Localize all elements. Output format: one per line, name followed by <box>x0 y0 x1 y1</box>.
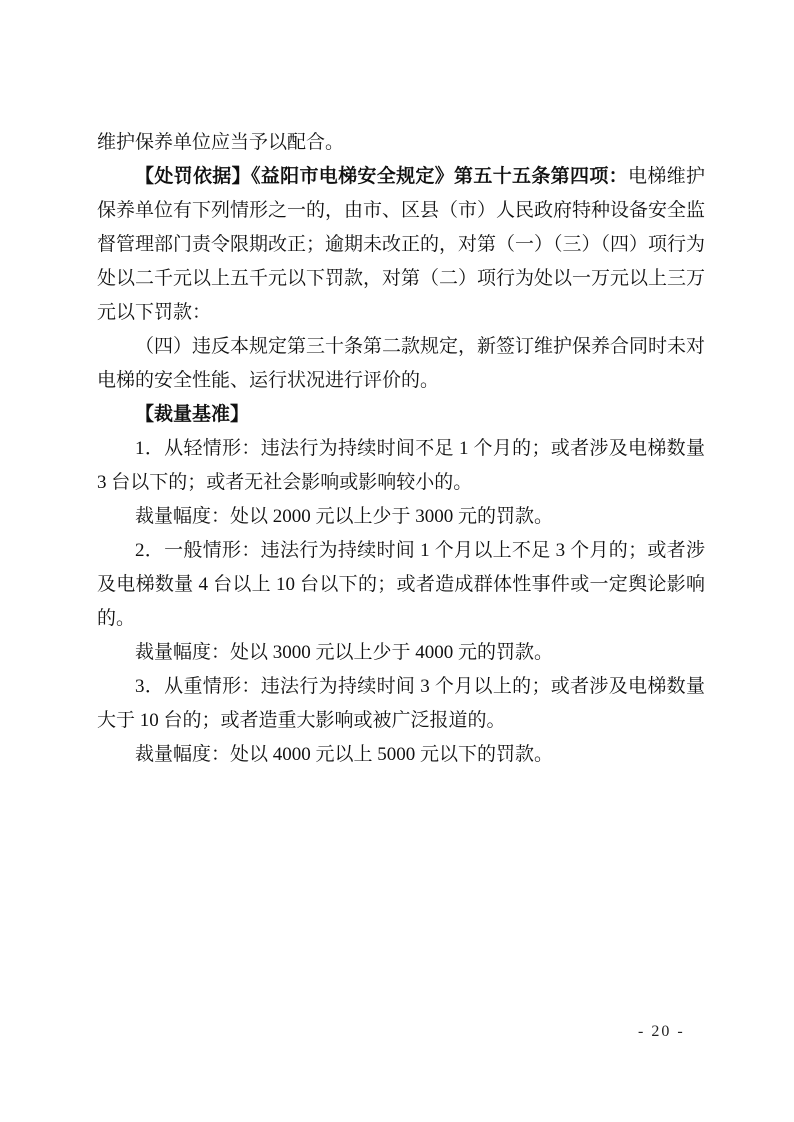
text-run: 1．从轻情形：违法行为持续时间不足 1 个月的；或者涉及电梯数量 3 台以下的；… <box>97 438 705 493</box>
bold-text-run: 【处罚依据】《益阳市电梯安全规定》第五十五条第四项： <box>135 166 628 187</box>
paragraph: 【处罚依据】《益阳市电梯安全规定》第五十五条第四项：电梯维护保养单位有下列情形之… <box>97 160 705 330</box>
text-run: 3．从重情形：违法行为持续时间 3 个月以上的；或者涉及电梯数量大于 10 台的… <box>97 676 705 731</box>
text-run: （四）违反本规定第三十条第二款规定，新签订维护保养合同时未对电梯的安全性能、运行… <box>97 336 705 391</box>
paragraph: 3．从重情形：违法行为持续时间 3 个月以上的；或者涉及电梯数量大于 10 台的… <box>97 670 705 738</box>
paragraph: 1．从轻情形：违法行为持续时间不足 1 个月的；或者涉及电梯数量 3 台以下的；… <box>97 432 705 500</box>
text-run: 2．一般情形：违法行为持续时间 1 个月以上不足 3 个月的；或者涉及电梯数量 … <box>97 540 705 629</box>
paragraph: 2．一般情形：违法行为持续时间 1 个月以上不足 3 个月的；或者涉及电梯数量 … <box>97 534 705 636</box>
paragraph: 裁量幅度：处以 2000 元以上少于 3000 元的罚款。 <box>97 500 705 534</box>
page-number: - 20 - <box>638 1022 685 1042</box>
paragraph: 裁量幅度：处以 4000 元以上 5000 元以下的罚款。 <box>97 738 705 772</box>
text-run: 裁量幅度：处以 4000 元以上 5000 元以下的罚款。 <box>135 744 553 765</box>
paragraph: （四）违反本规定第三十条第二款规定，新签订维护保养合同时未对电梯的安全性能、运行… <box>97 330 705 398</box>
text-run: 裁量幅度：处以 3000 元以上少于 4000 元的罚款。 <box>135 642 553 663</box>
paragraph: 裁量幅度：处以 3000 元以上少于 4000 元的罚款。 <box>97 636 705 670</box>
paragraph: 维护保养单位应当予以配合。 <box>97 126 705 160</box>
document-page: 维护保养单位应当予以配合。【处罚依据】《益阳市电梯安全规定》第五十五条第四项：电… <box>0 0 794 1122</box>
text-run: 裁量幅度：处以 2000 元以上少于 3000 元的罚款。 <box>135 506 553 527</box>
text-run: 维护保养单位应当予以配合。 <box>97 132 344 153</box>
bold-text-run: 【裁量基准】 <box>135 404 249 425</box>
paragraph: 【裁量基准】 <box>97 398 705 432</box>
text-run: 电梯维护保养单位有下列情形之一的，由市、区县（市）人民政府特种设备安全监督管理部… <box>97 166 705 323</box>
document-body: 维护保养单位应当予以配合。【处罚依据】《益阳市电梯安全规定》第五十五条第四项：电… <box>97 126 705 772</box>
